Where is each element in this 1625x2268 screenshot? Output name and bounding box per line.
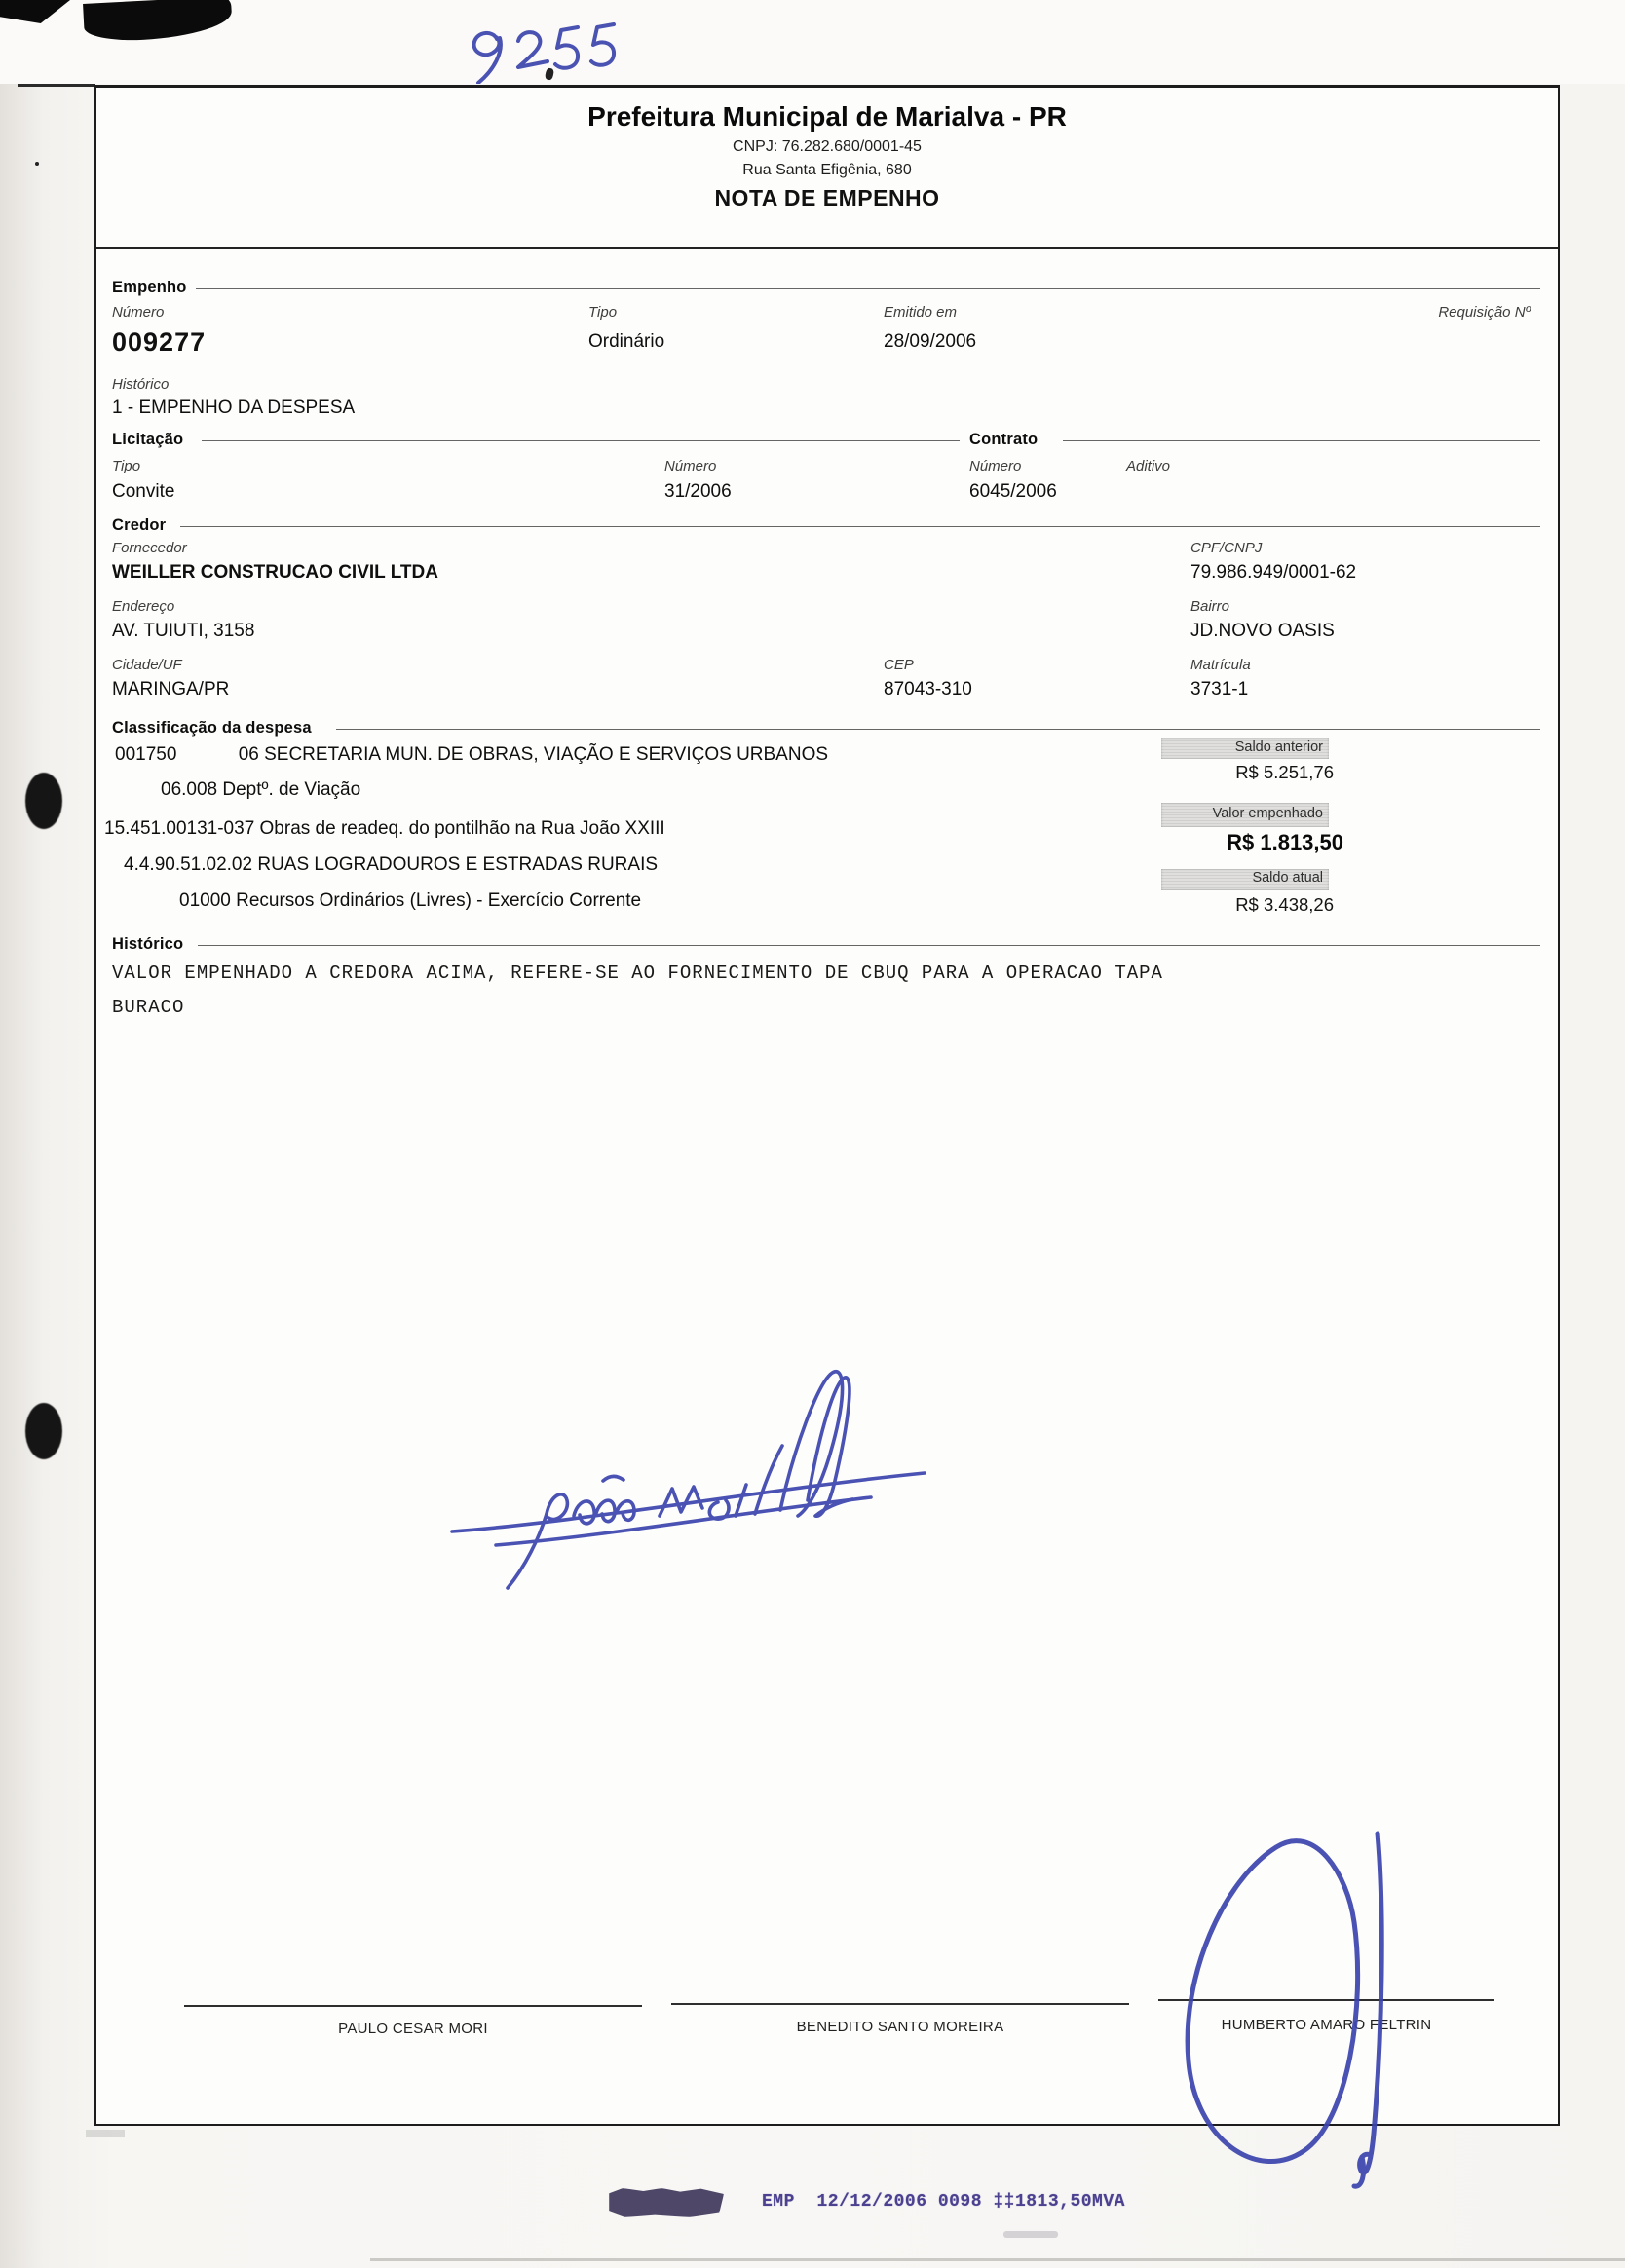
credor-endereco-value: AV. TUIUTI, 3158	[112, 621, 254, 642]
section-empenho-label: Empenho	[112, 279, 187, 297]
saldo-atual-value: R$ 3.438,26	[1127, 894, 1334, 916]
header-divider	[96, 247, 1558, 249]
stamp-logo	[609, 2188, 724, 2217]
credor-cidadeuf-label: Cidade/UF	[112, 657, 182, 673]
page-title: Prefeitura Municipal de Marialva - PR	[96, 101, 1558, 132]
hole-punch	[25, 773, 62, 829]
saldo-atual-label: Saldo atual	[1252, 870, 1323, 886]
empenho-numero-value: 009277	[112, 327, 206, 358]
classificacao-row: 06.008 Deptº. de Viação	[161, 779, 360, 801]
section-rule	[202, 440, 960, 441]
credor-bairro-value: JD.NOVO OASIS	[1190, 621, 1335, 642]
contrato-numero-label: Número	[969, 458, 1021, 474]
signature-name-2: BENEDITO SANTO MOREIRA	[671, 2019, 1129, 2035]
stamp-text: EMP 12/12/2006 0098 ‡‡1813,50MVA	[762, 2192, 1125, 2211]
credor-fornecedor-label: Fornecedor	[112, 540, 187, 556]
section-historico-label: Histórico	[112, 935, 183, 954]
classificacao-row: 001750 06 SECRETARIA MUN. DE OBRAS, VIAÇ…	[115, 744, 828, 766]
credor-cpfcnpj-value: 79.986.949/0001-62	[1190, 562, 1356, 584]
historico-text-line2: BURACO	[112, 997, 184, 1018]
handwritten-signature-oval	[1167, 1820, 1411, 2200]
empenho-tipo-value: Ordinário	[588, 331, 664, 353]
handwritten-signature	[437, 1354, 944, 1598]
section-rule	[180, 526, 1540, 527]
document-type-title: NOTA DE EMPENHO	[96, 185, 1558, 211]
section-rule	[336, 729, 1540, 730]
credor-endereco-label: Endereço	[112, 598, 174, 615]
saldo-anterior-box: Saldo anterior	[1161, 738, 1329, 759]
hole-punch	[25, 1403, 62, 1459]
licitacao-numero-label: Número	[664, 458, 716, 474]
credor-cep-value: 87043-310	[884, 679, 972, 700]
classificacao-desc: 06 SECRETARIA MUN. DE OBRAS, VIAÇÃO E SE…	[239, 744, 828, 765]
section-credor-label: Credor	[112, 516, 166, 535]
signature-name-1: PAULO CESAR MORI	[184, 2021, 642, 2037]
saldo-anterior-value: R$ 5.251,76	[1127, 762, 1334, 783]
saldo-atual-box: Saldo atual	[1161, 869, 1329, 890]
scanned-page: Prefeitura Municipal de Marialva - PR CN…	[0, 0, 1625, 2268]
valor-empenhado-box: Valor empenhado	[1161, 803, 1329, 827]
saldo-anterior-label: Saldo anterior	[1235, 739, 1323, 755]
scan-artifact-line	[18, 84, 95, 87]
contrato-aditivo-label: Aditivo	[1126, 458, 1170, 474]
scan-bottom-edge	[370, 2258, 1625, 2261]
classificacao-row: 4.4.90.51.02.02 RUAS LOGRADOUROS E ESTRA…	[124, 854, 658, 876]
classificacao-code: 001750	[115, 744, 176, 765]
credor-matricula-label: Matrícula	[1190, 657, 1251, 673]
section-rule	[198, 945, 1540, 946]
section-licitacao-label: Licitação	[112, 431, 183, 449]
handwritten-number	[446, 18, 646, 84]
credor-cep-label: CEP	[884, 657, 914, 673]
section-contrato-label: Contrato	[969, 431, 1038, 449]
empenho-historico-label: Histórico	[112, 376, 169, 393]
scan-smudge	[1003, 2231, 1058, 2238]
contrato-numero-value: 6045/2006	[969, 481, 1057, 503]
credor-matricula-value: 3731-1	[1190, 679, 1248, 700]
section-rule	[196, 288, 1540, 289]
valor-empenhado-label: Valor empenhado	[1213, 806, 1323, 821]
header-address: Rua Santa Efigênia, 680	[96, 162, 1558, 179]
empenho-tipo-label: Tipo	[588, 304, 617, 321]
empenho-emitido-label: Emitido em	[884, 304, 957, 321]
historico-text-line1: VALOR EMPENHADO A CREDORA ACIMA, REFERE-…	[112, 963, 1163, 984]
licitacao-tipo-value: Convite	[112, 481, 174, 503]
signature-line	[671, 2003, 1129, 2005]
licitacao-numero-value: 31/2006	[664, 481, 732, 503]
credor-cidadeuf-value: MARINGA/PR	[112, 679, 229, 700]
scan-top-margin	[0, 0, 1625, 84]
licitacao-tipo-label: Tipo	[112, 458, 140, 474]
scan-smudge	[86, 2130, 125, 2137]
classificacao-row: 01000 Recursos Ordinários (Livres) - Exe…	[179, 890, 641, 912]
classificacao-row: 15.451.00131-037 Obras de readeq. do pon…	[104, 818, 665, 840]
signature-line	[184, 2005, 642, 2007]
header-cnpj: CNPJ: 76.282.680/0001-45	[96, 138, 1558, 156]
scan-speck	[35, 162, 39, 166]
credor-fornecedor-value: WEILLER CONSTRUCAO CIVIL LTDA	[112, 562, 438, 584]
valor-empenhado-value: R$ 1.813,50	[1127, 830, 1343, 855]
credor-bairro-label: Bairro	[1190, 598, 1229, 615]
empenho-requisicao-label: Requisição Nº	[1438, 304, 1531, 321]
section-rule	[1063, 440, 1540, 441]
empenho-numero-label: Número	[112, 304, 164, 321]
section-classificacao-label: Classificação da despesa	[112, 719, 312, 737]
credor-cpfcnpj-label: CPF/CNPJ	[1190, 540, 1262, 556]
empenho-historico-value: 1 - EMPENHO DA DESPESA	[112, 397, 355, 419]
empenho-emitido-value: 28/09/2006	[884, 331, 976, 353]
